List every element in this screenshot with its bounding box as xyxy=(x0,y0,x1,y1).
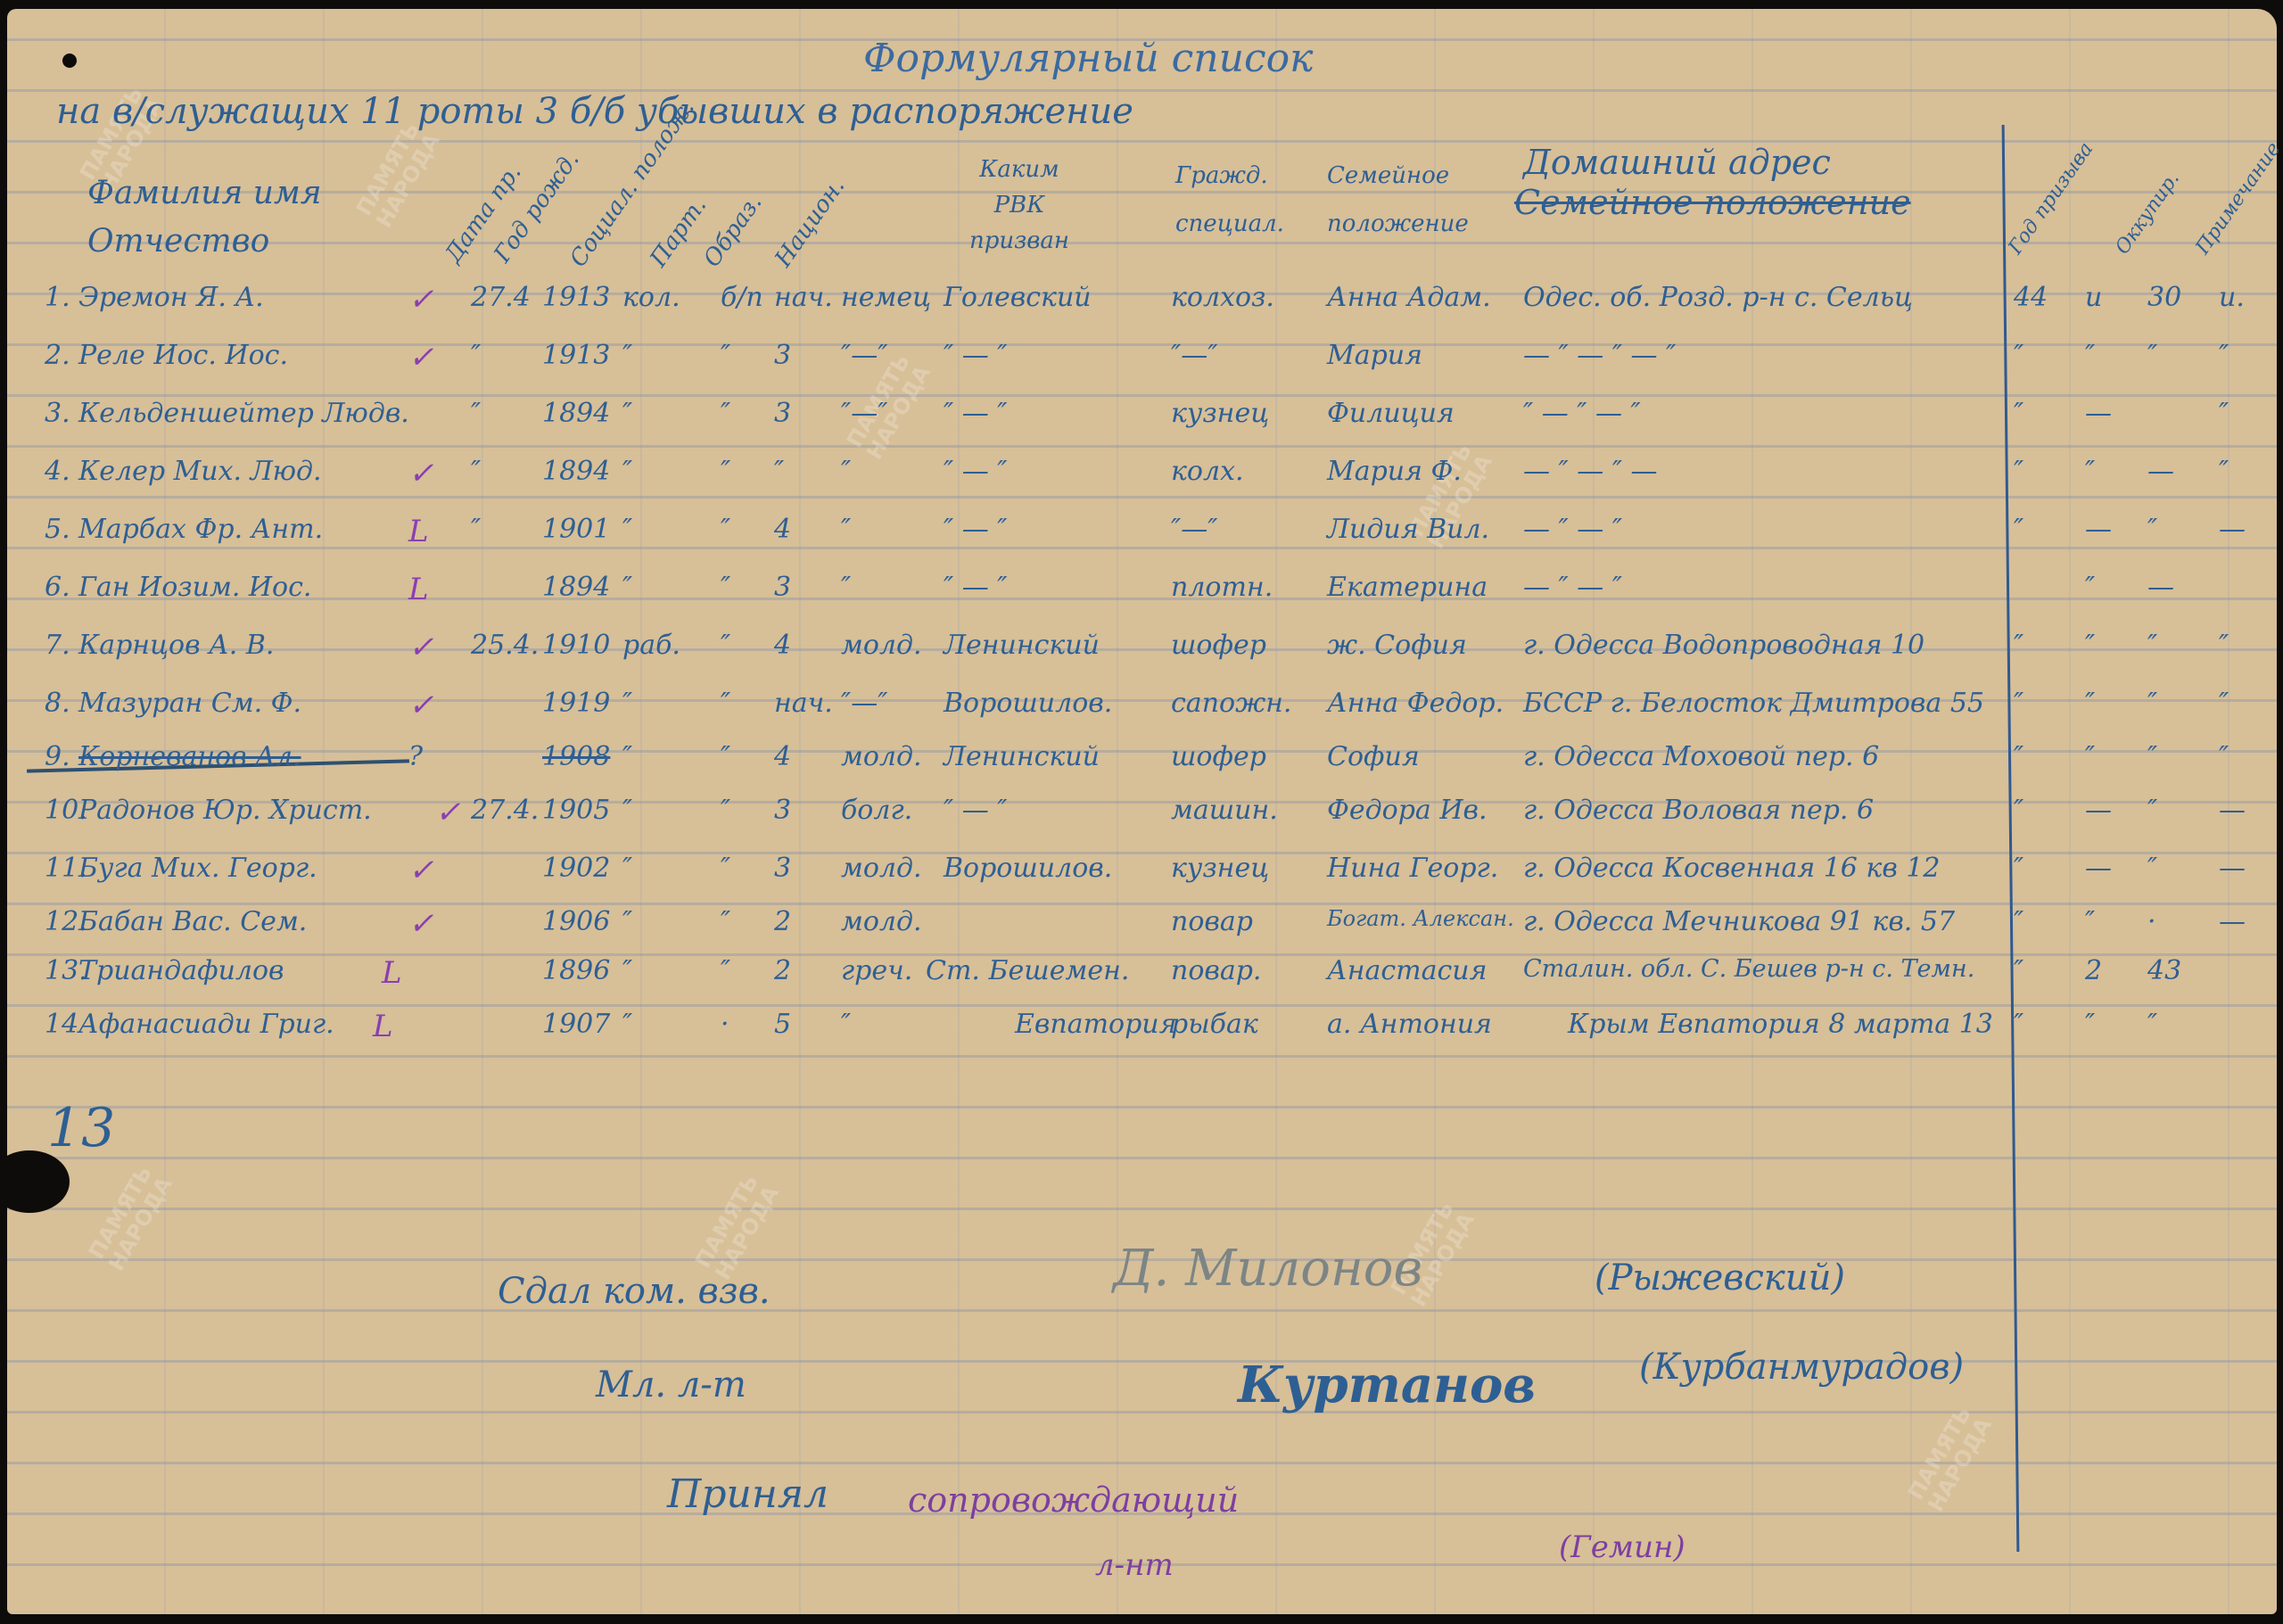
row-specialty: ″—″ xyxy=(1171,340,1217,371)
row-nationality: молд. xyxy=(841,741,922,772)
row-col4: ″ xyxy=(2219,340,2229,371)
row-col3: 30 xyxy=(2147,282,2181,313)
header-address: Домашний адрес xyxy=(1523,143,1831,182)
check-mark-icon: L xyxy=(382,955,402,991)
accepted-name: (Гемин) xyxy=(1559,1529,1685,1565)
row-family: а. Антония xyxy=(1327,1009,1492,1040)
row-col4: ″ xyxy=(2219,456,2229,487)
row-specialty: машин. xyxy=(1171,795,1278,826)
check-mark-icon: ✓ xyxy=(435,795,461,830)
row-col3: ″ xyxy=(2147,630,2157,661)
punch-hole xyxy=(62,54,77,68)
row-date: 25.4. xyxy=(471,630,539,661)
header-note: Примечание xyxy=(2192,138,2283,259)
row-specialty: кузнец xyxy=(1171,398,1269,429)
row-name: Буга Мих. Георг. xyxy=(78,853,317,884)
row-year: 1894 xyxy=(542,572,610,603)
row-address: — ″ — ″ xyxy=(1523,572,1622,603)
row-col1: ″ xyxy=(2014,741,2023,772)
row-education: ″ xyxy=(774,456,784,487)
table-row-struck: 9. Корневанов Ал. ? 1908 ″ ″ 4 молд. Лен… xyxy=(7,736,2277,780)
row-name: Кельденшейтер Людв. xyxy=(78,398,409,429)
row-col3: ″ xyxy=(2147,340,2157,371)
row-social: ″ xyxy=(622,340,632,371)
row-year: 1906 xyxy=(542,906,610,937)
row-party: ″ xyxy=(721,572,730,603)
row-col3: ″ xyxy=(2147,795,2157,826)
row-family: Лидия Вил. xyxy=(1327,514,1489,545)
row-specialty: плотн. xyxy=(1171,572,1273,603)
check-mark-icon: L xyxy=(373,1009,393,1044)
row-name: Эремон Я. А. xyxy=(78,282,264,313)
second-name: (Курбанмурадов) xyxy=(1639,1347,1964,1388)
row-family: Екатерина xyxy=(1327,572,1488,603)
row-party: ″ xyxy=(721,795,730,826)
row-social: ″ xyxy=(622,741,632,772)
document-sheet: ПАМЯТЬНАРОДА ПАМЯТЬНАРОДА ПАМЯТЬНАРОДА П… xyxy=(7,9,2277,1614)
row-year: 1907 xyxy=(542,1009,610,1040)
row-address: ″ — ″ — ″ xyxy=(1523,398,1641,429)
check-mark-icon: ✓ xyxy=(408,340,434,375)
row-col2: ″ xyxy=(2085,572,2095,603)
row-col1: ″ xyxy=(2014,456,2023,487)
row-col4: — xyxy=(2219,795,2246,826)
row-col4: ″ xyxy=(2219,630,2229,661)
row-social: ″ xyxy=(622,795,632,826)
row-rvk: ″ — ″ xyxy=(944,398,1007,429)
row-col1: ″ xyxy=(2014,955,2023,986)
check-mark-icon: ✓ xyxy=(408,630,434,665)
row-specialty: колхоз. xyxy=(1171,282,1274,313)
row-number: 2. xyxy=(45,340,70,371)
document-title: Формулярный список xyxy=(863,36,1313,81)
row-col3: ″ xyxy=(2147,688,2157,719)
row-education: 2 xyxy=(774,906,791,937)
row-party: ″ xyxy=(721,630,730,661)
row-name: Реле Иос. Иос. xyxy=(78,340,288,371)
row-col2: ″ xyxy=(2085,456,2095,487)
row-col4: ″ xyxy=(2219,398,2229,429)
row-address: г. Одесса Мечникова 91 кв. 57 xyxy=(1523,906,1955,937)
row-nationality: ″ xyxy=(841,572,851,603)
row-col1: ″ xyxy=(2014,906,2023,937)
row-education: 3 xyxy=(774,340,791,371)
row-number: 1. xyxy=(45,282,70,313)
row-address: — ″ — ″ xyxy=(1523,514,1622,545)
row-specialty: кузнец xyxy=(1171,853,1269,884)
row-nationality: немец xyxy=(841,282,931,313)
row-address: г. Одесса Воловая пер. 6 xyxy=(1523,795,1874,826)
row-nationality: греч. xyxy=(841,955,912,986)
row-col2: ″ xyxy=(2085,1009,2095,1040)
row-nationality: ″ xyxy=(841,456,851,487)
row-address: г. Одесса Косвенная 16 кв 12 xyxy=(1523,853,1941,884)
row-social: ″ xyxy=(622,906,632,937)
row-name: Афанасиади Григ. xyxy=(78,1009,334,1040)
row-col4: — xyxy=(2219,853,2246,884)
row-education: 3 xyxy=(774,853,791,884)
row-nationality: болг. xyxy=(841,795,912,826)
row-nationality: молд. xyxy=(841,906,922,937)
row-nationality: ″—″ xyxy=(841,688,887,719)
row-nationality: ″—″ xyxy=(841,398,887,429)
header-struck: Семейное положение xyxy=(1514,183,1911,222)
table-row: 10. Радонов Юр. Христ. ✓ 27.4. 1905 ″ ″ … xyxy=(7,789,2277,834)
row-social: ″ xyxy=(622,1009,632,1040)
row-col2: ″ xyxy=(2085,906,2095,937)
check-mark-icon: ✓ xyxy=(408,853,434,888)
row-specialty: колх. xyxy=(1171,456,1244,487)
row-date: ″ xyxy=(471,456,481,487)
row-social: кол. xyxy=(622,282,680,313)
row-social: ″ xyxy=(622,456,632,487)
row-rvk: Голевский xyxy=(944,282,1092,313)
row-party: · xyxy=(721,1009,729,1040)
row-year: 1902 xyxy=(542,853,610,884)
row-number: 5. xyxy=(45,514,70,545)
header-specialty: Гражд. специал. xyxy=(1175,152,1309,248)
accepted-rank: л-нт xyxy=(1095,1547,1174,1583)
row-nationality: ″ xyxy=(841,1009,851,1040)
row-family: София xyxy=(1327,741,1420,772)
handed-over-rank: Мл. л-т xyxy=(596,1364,746,1406)
row-education: 4 xyxy=(774,741,791,772)
watermark: ПАМЯТЬНАРОДА xyxy=(352,119,444,232)
row-party: ″ xyxy=(721,340,730,371)
check-mark-icon: L xyxy=(408,572,429,607)
document-subtitle: на в/служащих 11 роты 3 б/б убывших в ра… xyxy=(56,91,1133,132)
row-party: б/п xyxy=(721,282,763,313)
accepted-role: сопровождающий xyxy=(908,1480,1239,1520)
row-nationality: молд. xyxy=(841,630,922,661)
row-name: Триандафилов xyxy=(78,955,284,986)
row-address: — ″ — ″ — xyxy=(1523,456,1658,487)
row-col2: — xyxy=(2085,795,2112,826)
table-row: 11. Буга Мих. Георг. ✓ 1902 ″ ″ 3 молд. … xyxy=(7,847,2277,892)
row-year: 1910 xyxy=(542,630,610,661)
row-number: 14 xyxy=(45,1009,78,1040)
row-year: 1908 xyxy=(542,741,610,772)
header-education: Образ. xyxy=(698,190,767,272)
row-rvk: Ленинский xyxy=(944,741,1100,772)
handed-over-label: Сдал ком. взв. xyxy=(498,1271,771,1312)
watermark: ПАМЯТЬНАРОДА xyxy=(85,1162,177,1275)
row-col2: ″ xyxy=(2085,340,2095,371)
row-date: 27.4. xyxy=(471,795,539,826)
row-nationality: ″ xyxy=(841,514,851,545)
row-social: раб. xyxy=(622,630,680,661)
row-party: ″ xyxy=(721,514,730,545)
row-family: Мария Ф. xyxy=(1327,456,1462,487)
row-name: Ган Иозим. Иос. xyxy=(78,572,311,603)
row-col1: 44 xyxy=(2014,282,2048,313)
check-mark-icon: ✓ xyxy=(408,282,434,317)
row-name: Бабан Вас. Сем. xyxy=(78,906,307,937)
table-row: 4. Келер Мих. Люд. ✓ ″ 1894 ″ ″ ″ ″ ″ — … xyxy=(7,450,2277,495)
row-col1: ″ xyxy=(2014,1009,2023,1040)
row-col4: — xyxy=(2219,906,2246,937)
row-specialty: шофер xyxy=(1171,741,1266,772)
row-year: 1905 xyxy=(542,795,610,826)
row-party: ″ xyxy=(721,955,730,986)
row-col1: ″ xyxy=(2014,795,2023,826)
row-party: ″ xyxy=(721,906,730,937)
row-col1: ″ xyxy=(2014,688,2023,719)
watermark: ПАМЯТЬНАРОДА xyxy=(1904,1403,1996,1516)
header-name: Фамилия имя Отчество xyxy=(87,169,355,266)
row-education: 3 xyxy=(774,572,791,603)
row-address: Сталин. обл. С. Бешев р-н с. Темн. xyxy=(1523,955,1974,983)
row-name: Марбах Фр. Ант. xyxy=(78,514,323,545)
check-mark-icon: L xyxy=(408,514,429,549)
row-name: Келер Мих. Люд. xyxy=(78,456,322,487)
row-family: Анастасия xyxy=(1327,955,1488,986)
row-education: 3 xyxy=(774,795,791,826)
row-year: 1901 xyxy=(542,514,610,545)
row-party: ″ xyxy=(721,456,730,487)
row-address: г. Одесса Водопроводная 10 xyxy=(1523,630,1924,661)
row-col1: ″ xyxy=(2014,853,2023,884)
torn-edge xyxy=(0,1150,70,1213)
table-row: 13. Триандафилов L 1896 ″ ″ 2 греч. Ст. … xyxy=(7,950,2277,994)
row-education: 4 xyxy=(774,630,791,661)
header-party: Парт. xyxy=(645,193,712,272)
row-col2: ″ xyxy=(2085,688,2095,719)
row-col2: ″ xyxy=(2085,741,2095,772)
check-mark-icon: ✓ xyxy=(408,456,434,491)
row-education: 5 xyxy=(774,1009,791,1040)
table-row: 1. Эремон Я. А. ✓ 27.4 1913 кол. б/п нач… xyxy=(7,276,2277,321)
row-date: ″ xyxy=(471,340,481,371)
row-rvk: ″ — ″ xyxy=(944,514,1007,545)
row-rvk: ″ — ″ xyxy=(944,456,1007,487)
header-nationality: Национ. xyxy=(770,173,850,272)
row-specialty: повар. xyxy=(1171,955,1261,986)
row-address: Одес. об. Розд. р-н с. Сельц xyxy=(1523,282,1913,313)
row-col2: ″ xyxy=(2085,630,2095,661)
table-row: 12. Бабан Вас. Сем. ✓ 1906 ″ ″ 2 молд. п… xyxy=(7,901,2277,945)
row-rvk: ″ — ″ xyxy=(944,572,1007,603)
table-row: 14 Афанасиади Григ. L 1907 ″ · 5 ″ Евпат… xyxy=(7,1003,2277,1048)
row-col1: ″ xyxy=(2014,514,2023,545)
header-rvk: Каким РВК призван xyxy=(952,152,1086,259)
handed-over-name: (Рыжевский) xyxy=(1595,1257,1845,1298)
row-name: Радонов Юр. Христ. xyxy=(78,795,372,826)
table-row: 2. Реле Иос. Иос. ✓ ″ 1913 ″ ″ 3 ″—″ ″ —… xyxy=(7,334,2277,379)
row-party: ″ xyxy=(721,853,730,884)
table-row: 5. Марбах Фр. Ант. L ″ 1901 ″ ″ 4 ″ ″ — … xyxy=(7,508,2277,553)
row-name: Мазуран См. Ф. xyxy=(78,688,301,719)
row-rvk: Ворошилов. xyxy=(944,853,1112,884)
row-col3: ″ xyxy=(2147,853,2157,884)
table-row: 6. Ган Иозим. Иос. L 1894 ″ ″ 3 ″ ″ — ″ … xyxy=(7,566,2277,611)
row-year: 1913 xyxy=(542,340,610,371)
row-number: 9. xyxy=(45,741,70,772)
row-year: 1896 xyxy=(542,955,610,986)
row-number: 6. xyxy=(45,572,70,603)
row-social: ″ xyxy=(622,514,632,545)
check-mark-icon: ✓ xyxy=(408,688,434,723)
row-col2: — xyxy=(2085,853,2112,884)
row-date: ″ xyxy=(471,514,481,545)
row-education: нач. xyxy=(774,282,833,313)
row-col1: ″ xyxy=(2014,630,2023,661)
row-number: 7. xyxy=(45,630,70,661)
row-col2: и xyxy=(2085,282,2102,313)
row-social: ″ xyxy=(622,853,632,884)
row-party: ″ xyxy=(721,741,730,772)
row-social: ″ xyxy=(622,398,632,429)
row-family: Нина Георг. xyxy=(1327,853,1498,884)
row-col1: ″ xyxy=(2014,398,2023,429)
row-col4: ″ xyxy=(2219,741,2229,772)
row-year: 1894 xyxy=(542,456,610,487)
row-family: Анна Адам. xyxy=(1327,282,1491,313)
row-social: ″ xyxy=(622,688,632,719)
row-rvk: Евпатория xyxy=(1015,1009,1176,1040)
row-family: Филиция xyxy=(1327,398,1455,429)
row-nationality: ″—″ xyxy=(841,340,887,371)
row-education: нач. xyxy=(774,688,833,719)
table-row: 7. Карнцов А. В. ✓ 25.4. 1910 раб. ″ 4 м… xyxy=(7,624,2277,669)
row-social: ″ xyxy=(622,955,632,986)
table-row: 3. Кельденшейтер Людв. ″ 1894 ″ ″ 3 ″—″ … xyxy=(7,392,2277,437)
row-col3: — xyxy=(2147,456,2174,487)
row-specialty: повар xyxy=(1171,906,1253,937)
row-social: ″ xyxy=(622,572,632,603)
row-family: Анна Федор. xyxy=(1327,688,1504,719)
row-specialty: ″—″ xyxy=(1171,514,1217,545)
row-nationality: молд. xyxy=(841,853,922,884)
row-party: ″ xyxy=(721,688,730,719)
row-col2: — xyxy=(2085,514,2112,545)
row-family: ж. София xyxy=(1327,630,1467,661)
row-rvk: ″ — ″ xyxy=(944,340,1007,371)
row-rvk: ″ — ″ xyxy=(944,795,1007,826)
row-col1: ″ xyxy=(2014,340,2023,371)
row-number: 3. xyxy=(45,398,70,429)
row-col3: ″ xyxy=(2147,741,2157,772)
row-address: Крым Евпатория 8 марта 13 xyxy=(1568,1009,1993,1040)
row-col3: — xyxy=(2147,572,2174,603)
row-date: 27.4 xyxy=(471,282,531,313)
header-family: Семейное положение xyxy=(1327,152,1488,248)
check-mark-icon: ✓ xyxy=(408,906,434,942)
question-mark-icon: ? xyxy=(408,741,423,772)
row-col3: · xyxy=(2147,906,2156,937)
row-col3: 43 xyxy=(2147,955,2181,986)
row-rvk: Ст. Бешемен. xyxy=(926,955,1129,986)
row-family: Богат. Алексан. xyxy=(1327,906,1514,931)
row-year: 1919 xyxy=(542,688,610,719)
count-note: 13 xyxy=(47,1097,115,1159)
row-family: Федора Ив. xyxy=(1327,795,1488,826)
table-row: 8. Мазуран См. Ф. ✓ 1919 ″ ″ нач. ″—″ Во… xyxy=(7,682,2277,727)
row-address: БССР г. Белосток Дмитрова 55 xyxy=(1523,688,1984,719)
row-col4: и. xyxy=(2219,282,2245,313)
row-education: 3 xyxy=(774,398,791,429)
row-education: 4 xyxy=(774,514,791,545)
row-col4: ″ xyxy=(2219,688,2229,719)
row-specialty: рыбак xyxy=(1171,1009,1258,1040)
row-name: Корневанов Ал. xyxy=(78,741,301,772)
row-col2: — xyxy=(2085,398,2112,429)
row-rvk: Ворошилов. xyxy=(944,688,1112,719)
row-rvk: Ленинский xyxy=(944,630,1100,661)
row-year: 1894 xyxy=(542,398,610,429)
row-number: 4. xyxy=(45,456,70,487)
row-col3: ″ xyxy=(2147,1009,2157,1040)
row-number: 8. xyxy=(45,688,70,719)
row-date: ″ xyxy=(471,398,481,429)
row-party: ″ xyxy=(721,398,730,429)
row-address: — ″ — ″ — ″ xyxy=(1523,340,1676,371)
row-address: г. Одесса Моховой пер. 6 xyxy=(1523,741,1879,772)
commander-signature: Д. Милонов xyxy=(1113,1240,1422,1298)
row-specialty: сапожн. xyxy=(1171,688,1291,719)
row-col2: 2 xyxy=(2085,955,2102,986)
row-specialty: шофер xyxy=(1171,630,1266,661)
row-education: 2 xyxy=(774,955,791,986)
header-occupied: Оккупир. xyxy=(2112,168,2185,259)
row-family: Мария xyxy=(1327,340,1422,371)
stamp-signature: Куртанов xyxy=(1238,1356,1536,1414)
row-year: 1913 xyxy=(542,282,610,313)
row-name: Карнцов А. В. xyxy=(78,630,274,661)
row-col3: ″ xyxy=(2147,514,2157,545)
row-col4: — xyxy=(2219,514,2246,545)
header-conscript-year: Год призыва xyxy=(2005,138,2098,259)
accepted-label: Принял xyxy=(667,1471,828,1517)
watermark: ПАМЯТЬНАРОДА xyxy=(691,1171,783,1284)
